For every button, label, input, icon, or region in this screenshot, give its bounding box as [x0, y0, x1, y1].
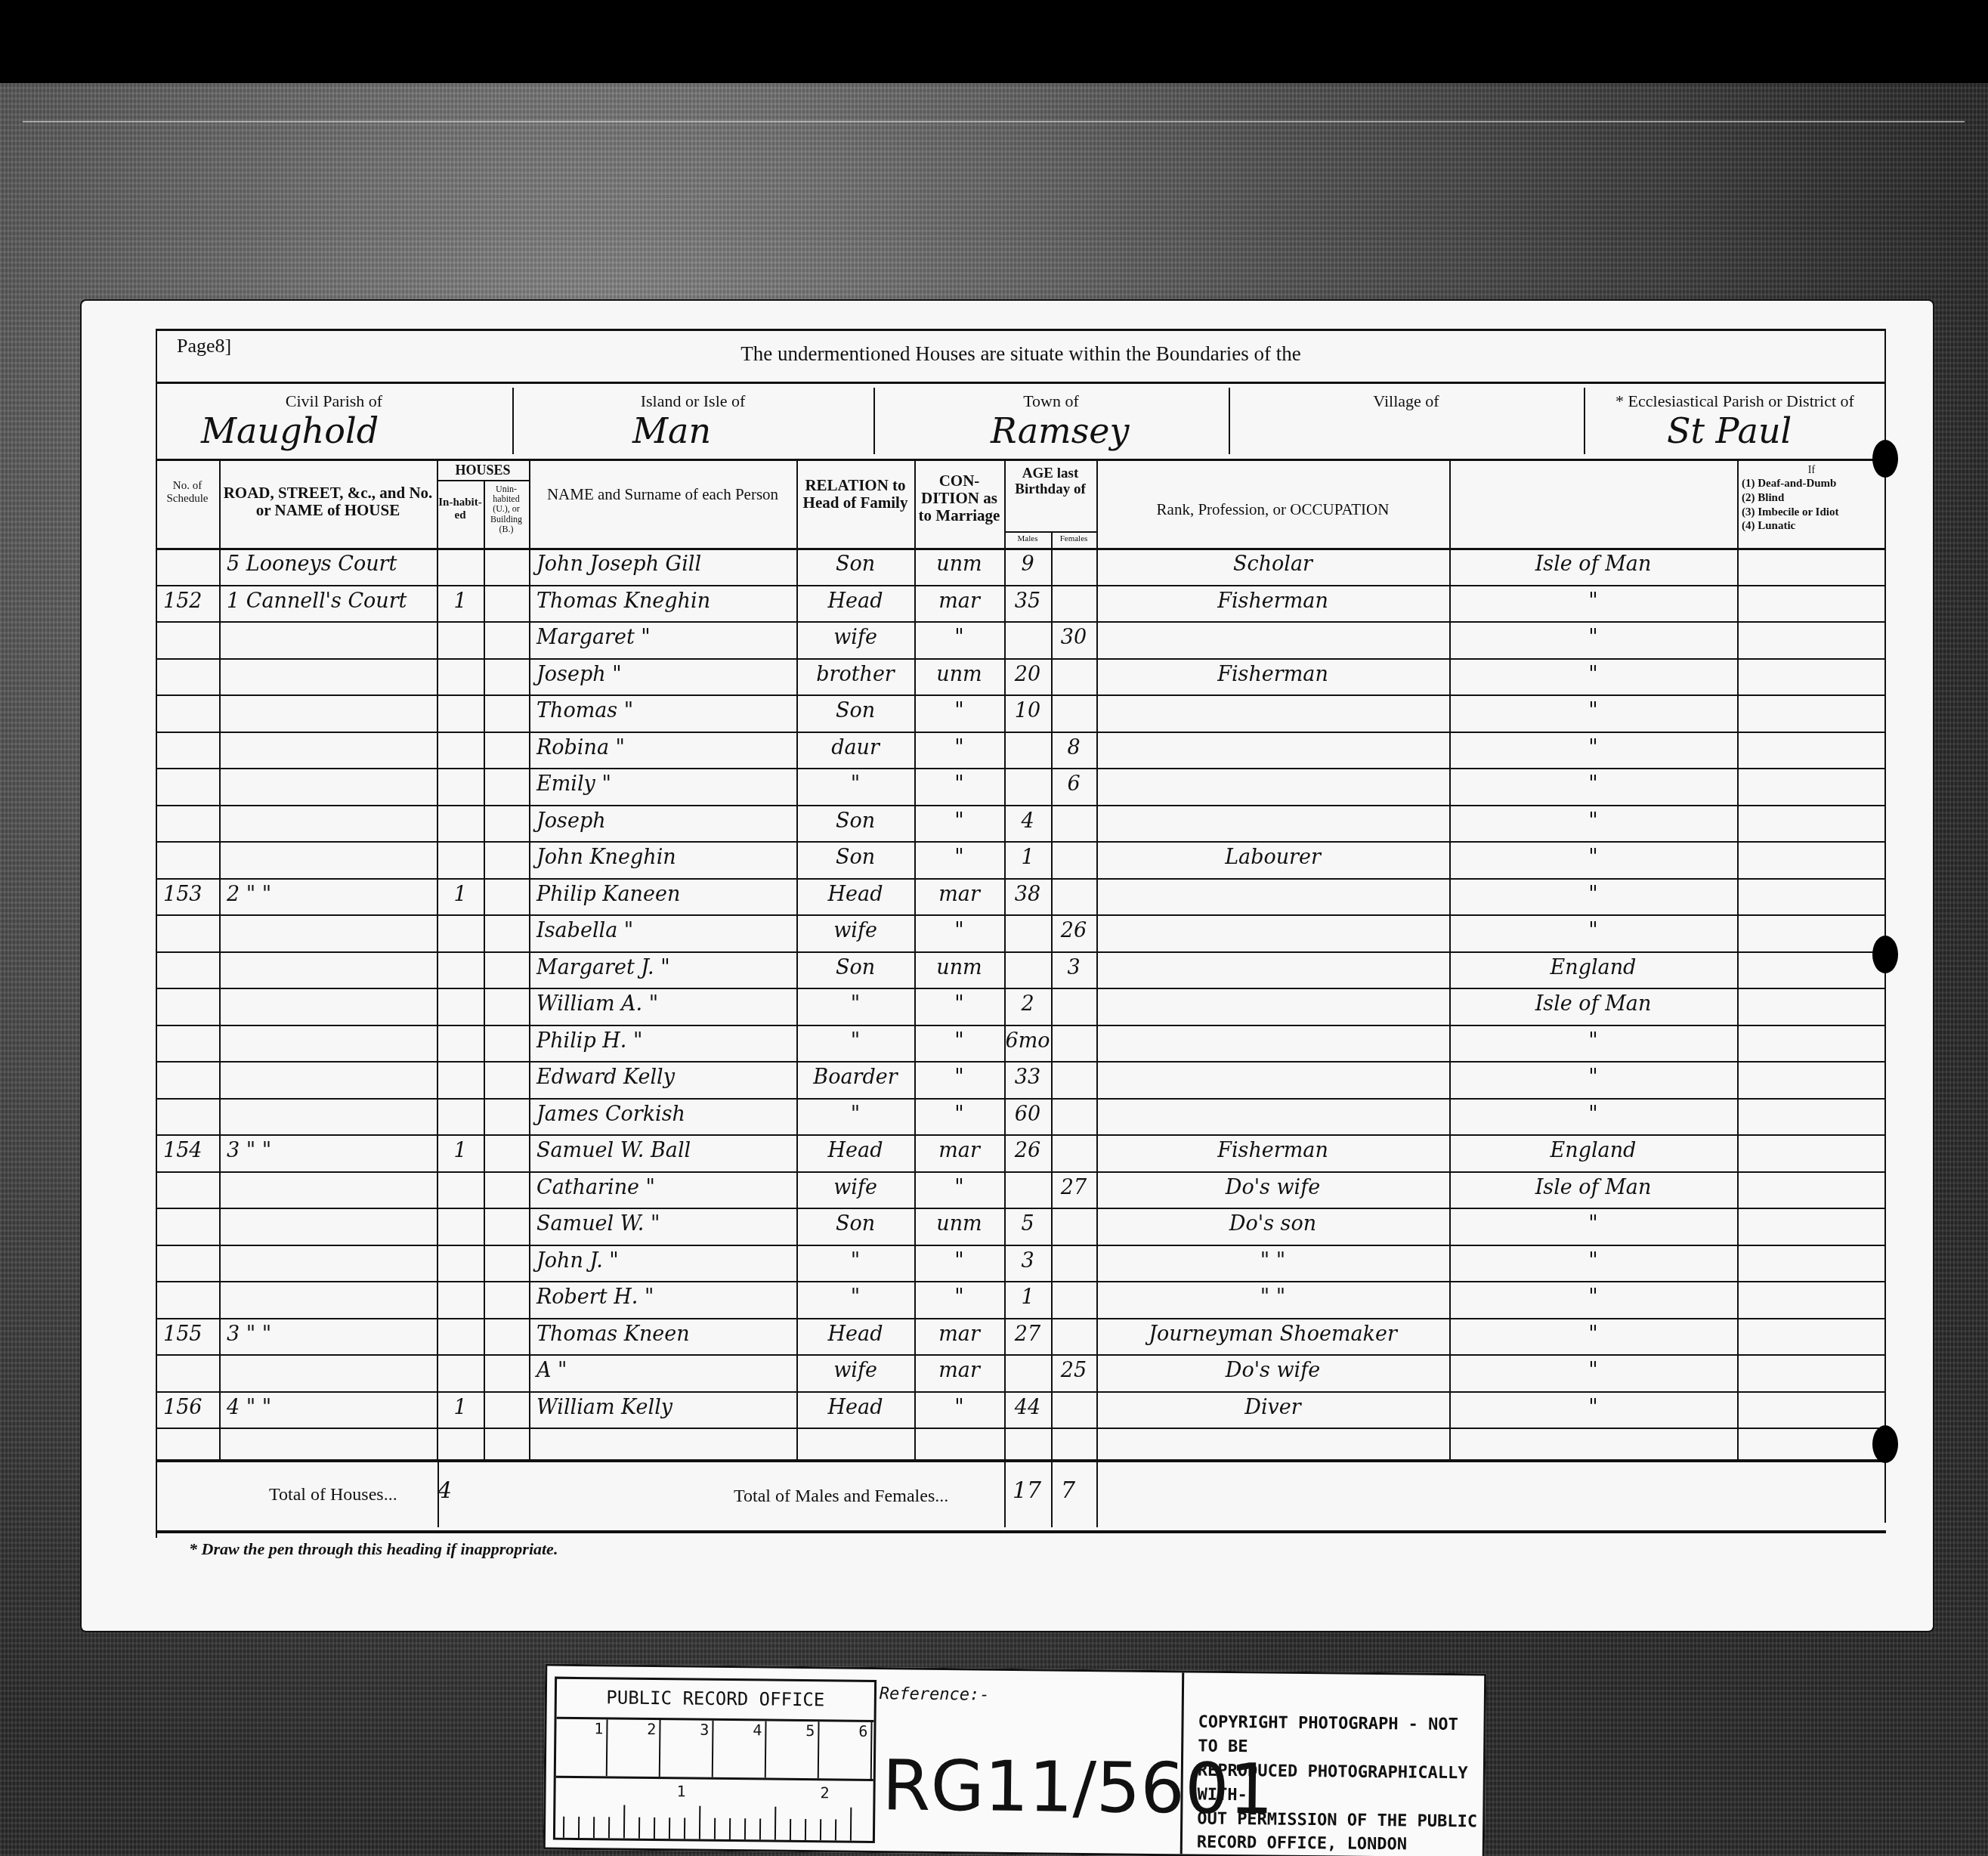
- marital-condition: ": [914, 1066, 1004, 1089]
- reference-label: Reference:-: [880, 1684, 990, 1705]
- where-born: ": [1449, 663, 1737, 686]
- where-born: ": [1449, 1396, 1737, 1419]
- relation: Son: [796, 956, 914, 979]
- female-age: 30: [1051, 626, 1096, 649]
- marital-condition: unm: [914, 1212, 1004, 1236]
- scale-box: PUBLIC RECORD OFFICE 123456 12: [553, 1677, 877, 1843]
- marital-condition: unm: [914, 956, 1004, 979]
- relation: Son: [796, 1212, 914, 1236]
- road-address: 2 " ": [227, 883, 271, 906]
- occupation: " ": [1096, 1249, 1449, 1273]
- relation: Son: [796, 699, 914, 722]
- person-name: Thomas Kneghin: [536, 589, 710, 613]
- marital-condition: ": [914, 1285, 1004, 1309]
- male-age: 20: [1004, 663, 1051, 686]
- inhabited-count: 1: [437, 589, 484, 613]
- schedule-number: 156: [163, 1396, 203, 1419]
- person-name: William A. ": [536, 992, 658, 1016]
- marital-condition: ": [914, 699, 1004, 722]
- footnote: * Draw the pen through this heading if i…: [189, 1539, 558, 1559]
- schedule-number: 153: [163, 883, 203, 906]
- scale-mark: 4: [715, 1721, 767, 1778]
- boundary-label: Civil Parish of: [156, 392, 512, 410]
- scale-mark: 2: [609, 1719, 661, 1777]
- scale-mark: 1: [556, 1719, 608, 1777]
- male-age: 27: [1004, 1322, 1051, 1346]
- road-address: 1 Cannell's Court: [227, 589, 407, 613]
- road-address: 3 " ": [227, 1322, 271, 1346]
- person-name: Samuel W. Ball: [536, 1139, 691, 1162]
- marital-condition: ": [914, 1396, 1004, 1419]
- relation: Son: [796, 552, 914, 576]
- header-infirmity-options: (1) Deaf-and-Dumb(2) Blind(3) Imbecile o…: [1742, 477, 1838, 534]
- female-age: 6: [1051, 772, 1096, 796]
- where-born: ": [1449, 809, 1737, 833]
- where-born: England: [1449, 1139, 1737, 1162]
- marital-condition: ": [914, 1249, 1004, 1273]
- total-houses-value: 4: [437, 1477, 452, 1504]
- female-age: 8: [1051, 736, 1096, 759]
- female-age: 3: [1051, 956, 1096, 979]
- marital-condition: ": [914, 992, 1004, 1016]
- person-name: Philip H. ": [536, 1029, 642, 1053]
- where-born: England: [1449, 956, 1737, 979]
- schedule-number: 152: [163, 589, 203, 613]
- office-name: PUBLIC RECORD OFFICE: [557, 1687, 874, 1711]
- relation: Son: [796, 846, 914, 869]
- where-born: ": [1449, 626, 1737, 649]
- person-name: Joseph ": [536, 663, 622, 686]
- census-form: Page8] The undermentioned Houses are sit…: [156, 329, 1886, 1538]
- record-office-label: PUBLIC RECORD OFFICE 123456 12 Reference…: [543, 1663, 1487, 1856]
- relation: Head: [796, 1322, 914, 1346]
- relation: ": [796, 1103, 914, 1126]
- scale-mark: 1: [676, 1782, 685, 1800]
- male-age: 5: [1004, 1212, 1051, 1236]
- male-age: 60: [1004, 1103, 1051, 1126]
- header-name: NAME and Surname of each Person: [529, 486, 796, 503]
- schedule-number: 154: [163, 1139, 203, 1162]
- header-schedule: No. of Schedule: [156, 480, 219, 505]
- where-born: ": [1449, 919, 1737, 942]
- total-persons-label: Total of Males and Females...: [734, 1486, 948, 1507]
- occupation: Scholar: [1096, 552, 1449, 576]
- relation: ": [796, 1029, 914, 1053]
- occupation: Labourer: [1096, 846, 1449, 869]
- where-born: ": [1449, 1029, 1737, 1053]
- header-condition: CON-DITION as to Marriage: [914, 472, 1004, 524]
- person-name: Margaret J. ": [536, 956, 670, 979]
- occupation: Do's wife: [1096, 1176, 1449, 1199]
- marital-condition: mar: [914, 1322, 1004, 1346]
- relation: brother: [796, 663, 914, 686]
- marital-condition: mar: [914, 1139, 1004, 1162]
- relation: wife: [796, 1359, 914, 1382]
- male-age: 10: [1004, 699, 1051, 722]
- person-name: John Kneghin: [536, 846, 676, 869]
- occupation: Do's son: [1096, 1212, 1449, 1236]
- person-name: Robert H. ": [536, 1285, 654, 1309]
- person-name: Philip Kaneen: [536, 883, 680, 906]
- road-address: 3 " ": [227, 1139, 271, 1162]
- person-name: Isabella ": [536, 919, 633, 942]
- top-dark-band: [0, 0, 1988, 83]
- marital-condition: ": [914, 1176, 1004, 1199]
- outer-frame-line: [23, 121, 1965, 122]
- male-age: 33: [1004, 1066, 1051, 1089]
- person-name: Emily ": [536, 772, 611, 796]
- binder-hole: [1872, 440, 1898, 478]
- person-name: John Joseph Gill: [536, 552, 701, 576]
- where-born: Isle of Man: [1449, 992, 1737, 1016]
- boundary-label: Island or Isle of: [512, 392, 873, 410]
- female-age: 27: [1051, 1176, 1096, 1199]
- male-age: 35: [1004, 589, 1051, 613]
- boundary-value: Maughold: [201, 410, 379, 451]
- female-age: 26: [1051, 919, 1096, 942]
- header-relation: RELATION to Head of Family: [796, 477, 914, 512]
- total-females-value: 7: [1061, 1477, 1075, 1504]
- scale-mark: 5: [768, 1721, 820, 1779]
- schedule-number: 155: [163, 1322, 203, 1346]
- male-age: 26: [1004, 1139, 1051, 1162]
- where-born: ": [1449, 1249, 1737, 1273]
- marital-condition: ": [914, 626, 1004, 649]
- relation: wife: [796, 626, 914, 649]
- relation: Son: [796, 809, 914, 833]
- header-houses: HOUSES: [437, 463, 529, 478]
- where-born: ": [1449, 736, 1737, 759]
- header-age: AGE last Birthday of: [1004, 466, 1096, 498]
- boundary-value: Man: [632, 410, 711, 451]
- person-name: John J. ": [536, 1249, 619, 1273]
- person-name: Edward Kelly: [536, 1066, 675, 1089]
- marital-condition: unm: [914, 663, 1004, 686]
- relation: Head: [796, 883, 914, 906]
- where-born: ": [1449, 846, 1737, 869]
- marital-condition: ": [914, 809, 1004, 833]
- header-road: ROAD, STREET, &c., and No. or NAME of HO…: [219, 484, 437, 519]
- inhabited-count: 1: [437, 883, 484, 906]
- occupation: Do's wife: [1096, 1359, 1449, 1382]
- where-born: ": [1449, 1066, 1737, 1089]
- person-name: Margaret ": [536, 626, 651, 649]
- where-born: ": [1449, 589, 1737, 613]
- person-name: Samuel W. ": [536, 1212, 660, 1236]
- where-born: ": [1449, 772, 1737, 796]
- inhabited-count: 1: [437, 1396, 484, 1419]
- where-born: ": [1449, 1322, 1737, 1346]
- male-age: 38: [1004, 883, 1051, 906]
- occupation: Fisherman: [1096, 1139, 1449, 1162]
- marital-condition: mar: [914, 883, 1004, 906]
- marital-condition: mar: [914, 589, 1004, 613]
- male-age: 44: [1004, 1396, 1051, 1419]
- occupation: " ": [1096, 1285, 1449, 1309]
- boundary-label: Village of: [1229, 392, 1584, 410]
- person-name: Thomas ": [536, 699, 633, 722]
- marital-condition: ": [914, 772, 1004, 796]
- marital-condition: ": [914, 919, 1004, 942]
- where-born: Isle of Man: [1449, 1176, 1737, 1199]
- marital-condition: unm: [914, 552, 1004, 576]
- male-age: 2: [1004, 992, 1051, 1016]
- occupation: Journeyman Shoemaker: [1096, 1322, 1449, 1346]
- marital-condition: ": [914, 1029, 1004, 1053]
- male-age: 1: [1004, 1285, 1051, 1309]
- relation: ": [796, 1249, 914, 1273]
- inhabited-count: 1: [437, 1139, 484, 1162]
- header-infirm: If: [1737, 465, 1886, 476]
- boundary-label: Town of: [873, 392, 1229, 410]
- occupation: Fisherman: [1096, 663, 1449, 686]
- person-name: William Kelly: [536, 1396, 672, 1419]
- header-uninh: Unin-habited (U.), or Building (B.): [484, 484, 529, 534]
- male-age: 4: [1004, 809, 1051, 833]
- header-females: Females: [1051, 534, 1096, 543]
- header-inh: In-habit-ed: [437, 496, 484, 521]
- binder-hole: [1872, 936, 1898, 973]
- total-males-value: 17: [1013, 1477, 1041, 1504]
- boundary-label: * Ecclesiastical Parish or District of: [1584, 392, 1886, 410]
- road-address: 4 " ": [227, 1396, 271, 1419]
- relation: wife: [796, 1176, 914, 1199]
- boundary-value: Ramsey: [991, 410, 1130, 451]
- header-title: The undermentioned Houses are situate wi…: [156, 342, 1886, 366]
- relation: Boarder: [796, 1066, 914, 1089]
- boundary-value: St Paul: [1667, 410, 1792, 451]
- relation: ": [796, 992, 914, 1016]
- marital-condition: mar: [914, 1359, 1004, 1382]
- relation: ": [796, 1285, 914, 1309]
- male-age: 9: [1004, 552, 1051, 576]
- male-age: 3: [1004, 1249, 1051, 1273]
- occupation: Diver: [1096, 1396, 1449, 1419]
- relation: Head: [796, 1139, 914, 1162]
- scale-mark: 6: [821, 1721, 873, 1779]
- where-born: ": [1449, 1212, 1737, 1236]
- header-occupation: Rank, Profession, or OCCUPATION: [1096, 501, 1449, 518]
- copyright-notice: COPYRIGHT PHOTOGRAPH - NOT TO BEREPRODUC…: [1197, 1711, 1484, 1856]
- where-born: ": [1449, 699, 1737, 722]
- scale-mark: 3: [662, 1720, 714, 1777]
- binder-hole: [1872, 1425, 1898, 1463]
- female-age: 25: [1051, 1359, 1096, 1382]
- person-name: Catharine ": [536, 1176, 655, 1199]
- where-born: Isle of Man: [1449, 552, 1737, 576]
- where-born: ": [1449, 1285, 1737, 1309]
- where-born: ": [1449, 1359, 1737, 1382]
- person-name: James Corkish: [536, 1103, 685, 1126]
- occupation: Fisherman: [1096, 589, 1449, 613]
- relation: Head: [796, 1396, 914, 1419]
- relation: wife: [796, 919, 914, 942]
- male-age: 6mo: [1004, 1029, 1051, 1053]
- male-age: 1: [1004, 846, 1051, 869]
- person-name: A ": [536, 1359, 567, 1382]
- where-born: ": [1449, 1103, 1737, 1126]
- marital-condition: ": [914, 736, 1004, 759]
- road-address: 5 Looneys Court: [227, 552, 397, 576]
- person-name: Robina ": [536, 736, 625, 759]
- person-name: Thomas Kneen: [536, 1322, 690, 1346]
- relation: daur: [796, 736, 914, 759]
- relation: ": [796, 772, 914, 796]
- total-houses-label: Total of Houses...: [269, 1485, 397, 1505]
- header-males: Males: [1004, 534, 1051, 543]
- where-born: ": [1449, 883, 1737, 906]
- marital-condition: ": [914, 846, 1004, 869]
- relation: Head: [796, 589, 914, 613]
- person-name: Joseph: [536, 809, 606, 833]
- marital-condition: ": [914, 1103, 1004, 1126]
- scale-mark: 2: [820, 1783, 829, 1802]
